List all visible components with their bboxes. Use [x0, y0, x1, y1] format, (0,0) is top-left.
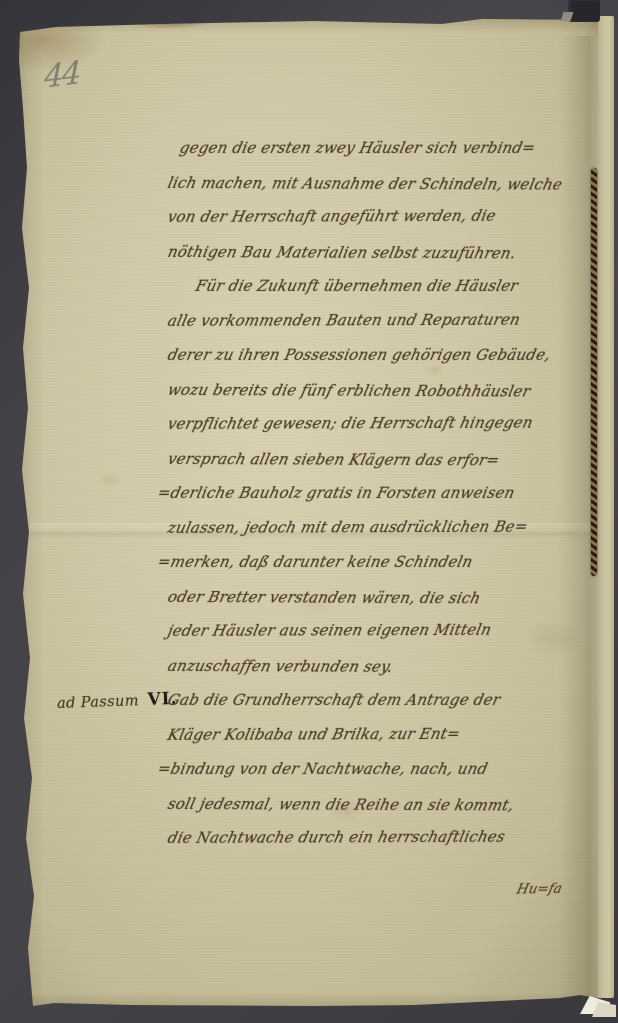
manuscript-line: von der Herrschaft angeführt werden, die	[160, 199, 538, 235]
manuscript-line: soll jedesmal, wenn die Reihe an sie kom…	[160, 787, 538, 823]
manuscript-line: derer zu ihren Possessionen gehörigen Ge…	[160, 338, 538, 373]
manuscript-line: =bindung von der Nachtwache, nach, und	[154, 752, 538, 787]
manuscript-line: Gab die Grundherrschaft dem Antrage der	[160, 683, 538, 718]
manuscript-line: lich machen, mit Ausnahme der Schindeln,…	[160, 166, 538, 202]
facing-page-edge	[597, 16, 614, 998]
manuscript-line: =derliche Bauholz gratis in Forsten anwe…	[154, 476, 538, 511]
manuscript-line: anzuschaffen verbunden sey.	[160, 649, 538, 685]
manuscript-line: zulassen, jedoch mit dem ausdrücklichen …	[160, 509, 538, 545]
manuscript-line: Kläger Kolibaba und Brilka, zur Ent=	[160, 716, 538, 752]
margin-note-numeral: VI.	[143, 689, 178, 710]
manuscript-line: wozu bereits die fünf erblichen Robothhä…	[160, 373, 538, 409]
manuscript-line: versprach allen sieben Klägern das erfor…	[160, 442, 538, 478]
margin-note-label: ad Passum	[57, 693, 139, 712]
manuscript-line: gegen die ersten zwey Häusler sich verbi…	[160, 131, 538, 166]
manuscript-text-block: gegen die ersten zwey Häusler sich verbi…	[160, 131, 530, 856]
manuscript-line: oder Bretter verstanden wären, die sich	[160, 580, 538, 616]
scan-backdrop: 44 gegen die ersten zwey Häusler sich ve…	[0, 0, 618, 1023]
binding-cord	[591, 168, 597, 576]
catchword: Hu=fa	[515, 881, 564, 898]
manuscript-line: Für die Zukunft übernehmen die Häusler	[160, 269, 538, 304]
margin-note: ad Passum VI.	[57, 689, 178, 713]
manuscript-line: alle vorkommenden Bauten und Reparaturen	[160, 302, 538, 338]
manuscript-line: jeder Häusler aus seinen eigenen Mitteln	[160, 613, 538, 649]
manuscript-line: nöthigen Bau Materialien selbst zuzuführ…	[160, 235, 538, 271]
manuscript-line: die Nachtwache durch ein herrschaftliche…	[160, 820, 538, 856]
pencil-folio-number: 44	[44, 52, 104, 96]
manuscript-line: verpflichtet gewesen; die Herrschaft hin…	[160, 406, 538, 442]
binding-tab	[568, 0, 600, 22]
manuscript-line: =merken, daß darunter keine Schindeln	[154, 545, 538, 580]
